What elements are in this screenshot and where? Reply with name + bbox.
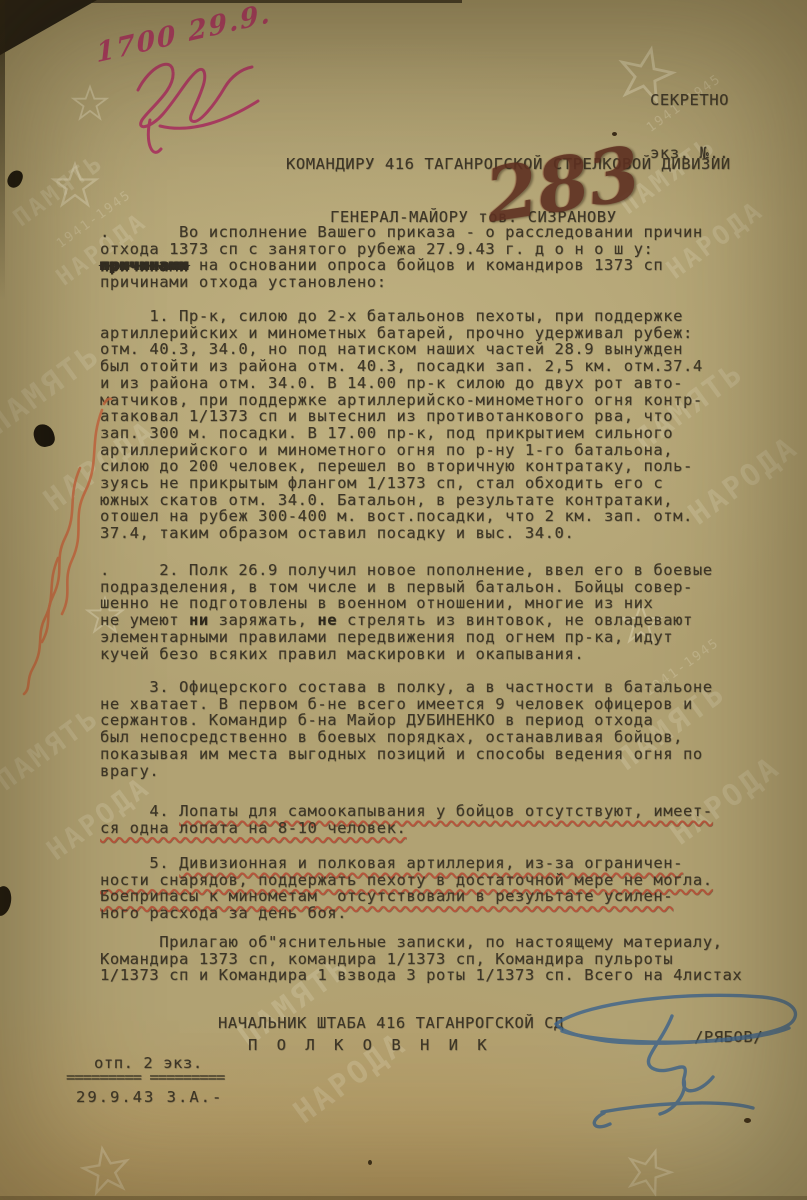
body-line: артиллерийских и минометных батарей, про…	[100, 325, 760, 342]
body-text: 5.	[100, 854, 179, 872]
body-line: был отойти из района отм. 40.3, посадки …	[100, 358, 760, 375]
body-line: Командира 1373 сп, командира 1/1373 сп, …	[100, 951, 760, 968]
body-line: южных скатов отм. 34.0. Батальон, в резу…	[100, 492, 760, 509]
body-line: отм. 40.3, 34.0, но под натиском наших ч…	[100, 341, 760, 358]
paragraph-attachments: Прилагаю об"яснительные записки, по наст…	[100, 934, 760, 984]
body-line: ся одна лопата на 8-10 человек.	[100, 820, 760, 837]
body-line: и из района отм. 34.0. В 14.00 пр-к сило…	[100, 375, 760, 392]
star-watermark-icon	[73, 87, 106, 119]
body-line: ного расхода за день боя.	[100, 905, 760, 922]
watermark-line1: ПАМЯТЬ	[0, 703, 105, 796]
scan-edge-left	[0, 0, 5, 300]
body-line: сержантов. Командир б-на Майор ДУБИНЕНКО…	[100, 712, 760, 729]
emphasized-word: не	[317, 611, 337, 629]
body-line: 1. Пр-к, силою до 2-х батальонов пехоты,…	[100, 308, 760, 325]
body-line: ности снарядов, поддержать пехоту в дост…	[100, 872, 760, 889]
body-text: не умеют	[100, 611, 189, 629]
scan-edge-bottom	[0, 1196, 807, 1200]
body-line: зап. 300 м. посадки. В 17.00 пр-к, под п…	[100, 425, 760, 442]
body-line: элементарными правилами передвижения под…	[100, 629, 760, 646]
body-line: причинами отхода установлено:	[100, 274, 760, 291]
date-line: 29.9.43 З.А.-	[76, 1088, 223, 1106]
watermark-line1: ПАМЯТЬ	[0, 339, 107, 441]
body-line: зуясь не прикрытым флангом 1/1373 сп, ст…	[100, 475, 760, 492]
body-text: 4.	[100, 802, 179, 820]
paragraph-1: 1. Пр-к, силою до 2-х батальонов пехоты,…	[100, 308, 760, 542]
signature-name: /РЯБОВ/	[694, 1028, 763, 1046]
body-line: врагу.	[100, 763, 760, 780]
body-line: . Во исполнение Вашего приказа - о рассл…	[100, 224, 760, 241]
red-underlined-text: ности снарядов, поддержать пехоту в дост…	[100, 871, 713, 889]
body-line: не хватает. В первом б-не всего имеется …	[100, 696, 760, 713]
body-line: матчиков, при поддержке артиллерийско-ми…	[100, 392, 760, 409]
body-line: не умеют ни заряжать, не стрелять из вин…	[100, 612, 760, 629]
body-line: отхода 1373 сп с занятого рубежа 27.9.43…	[100, 241, 760, 258]
body-line: атаковал 1/1373 сп и вытеснил из противо…	[100, 408, 760, 425]
secret-label: СЕКРЕТНО	[650, 92, 729, 109]
body-line: Боеприпасы к минометам отсутствовали в р…	[100, 888, 760, 905]
body-line: 4. Лопаты для самоокапывания у бойцов от…	[100, 803, 760, 820]
signature-title-line: НАЧАЛЬНИК ШТАБА 416 ТАГАНРОГСКОЙ СД	[218, 1014, 564, 1032]
typed-divider: ========= =========	[66, 1068, 224, 1086]
red-underlined-text: Боеприпасы к минометам отсутствовали в р…	[100, 887, 673, 905]
body-line: подразделения, в том числе и в первый ба…	[100, 579, 760, 596]
paragraph-5: 5. Дивизионная и полковая артиллерия, из…	[100, 855, 760, 922]
signature-rank-line: П О Л К О В Н И К	[248, 1036, 492, 1054]
red-underlined-text: Дивизионная и полковая артиллерия, из-за…	[179, 854, 683, 872]
body-line: 3. Офицерского состава в полку, а в част…	[100, 679, 760, 696]
body-line: кучей безо всяких правил маскировки и ок…	[100, 646, 760, 663]
body-line: силою до 200 человек, перешел во вторичн…	[100, 458, 760, 475]
red-underlined-text: Лопаты для самоокапывания у бойцов отсут…	[179, 802, 713, 820]
body-text: стрелять из винтовок, не овладевают	[337, 611, 693, 629]
emphasized-word: ни	[189, 611, 209, 629]
body-line: показывая им места выгодных позиций и сп…	[100, 746, 760, 763]
body-line: был непосредственно в боевых порядках, о…	[100, 729, 760, 746]
paper-speck	[744, 1118, 751, 1123]
body-line: отошел на рубеж 300-400 м. вост.посадки,…	[100, 508, 760, 525]
paragraph-3: 3. Офицерского состава в полку, а в част…	[100, 679, 760, 779]
body-line: артиллерийского и минометного огня по р-…	[100, 442, 760, 459]
star-watermark-icon	[623, 1145, 676, 1197]
overstruck-word: причинами	[100, 256, 189, 274]
body-line: 1/1373 сп и Командира 1 взвода 3 роты 1/…	[100, 967, 760, 984]
body-line: Прилагаю об"яснительные записки, по наст…	[100, 934, 760, 951]
body-line: 37.4, таким образом оставил посадку и вы…	[100, 525, 760, 542]
paper-speck	[612, 132, 617, 136]
paper-speck	[368, 1160, 372, 1165]
body-text: заряжать,	[209, 611, 318, 629]
paragraph-intro: . Во исполнение Вашего приказа - о рассл…	[100, 224, 760, 291]
body-line: . 2. Полк 26.9 получил новое пополнение,…	[100, 562, 760, 579]
star-watermark-icon	[81, 1145, 132, 1194]
body-line: шенно не подготовлены в военном отношени…	[100, 595, 760, 612]
body-text: на основании опроса бойцов и командиров …	[189, 256, 663, 274]
body-line: 5. Дивизионная и полковая артиллерия, из…	[100, 855, 760, 872]
body-line: причинами на основании опроса бойцов и к…	[100, 257, 760, 274]
document-page: ПАМЯТЬ НАРОДА ПАМЯТЬ НАРОДА ПАМЯТЬ НАРОД…	[0, 0, 807, 1200]
paragraph-4: 4. Лопаты для самоокапывания у бойцов от…	[100, 803, 760, 836]
scan-edge-top	[92, 0, 462, 3]
paragraph-2: . 2. Полк 26.9 получил новое пополнение,…	[100, 562, 760, 662]
red-underlined-text: ся одна лопата на 8-10 человек.	[100, 819, 406, 837]
